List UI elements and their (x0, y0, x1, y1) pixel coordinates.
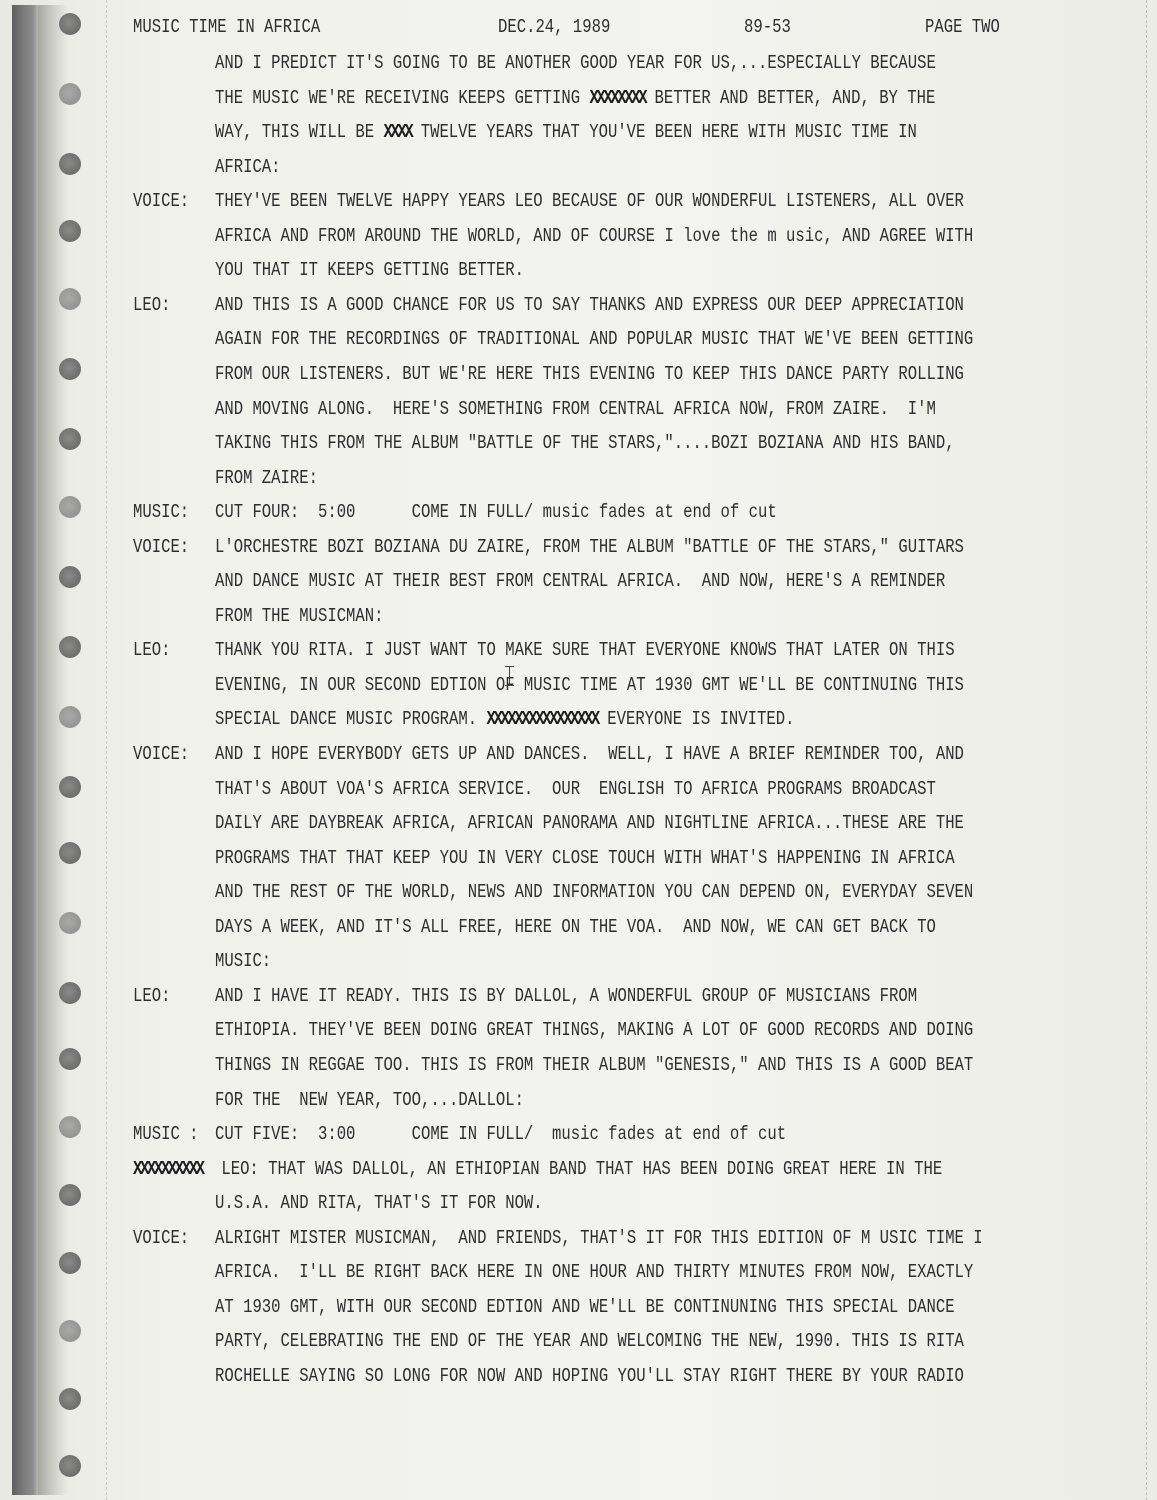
feed-hole (59, 566, 81, 588)
feed-hole (59, 358, 81, 380)
script-line: FOR THE NEW YEAR, TOO,...DALLOL: (215, 1089, 524, 1111)
script-line: CUT FOUR: 5:00 COME IN FULL/ music fades… (215, 501, 777, 523)
script-line: CUT FIVE: 3:00 COME IN FULL/ music fades… (215, 1123, 786, 1145)
speaker-label: LEO: (133, 985, 170, 1007)
feed-hole (59, 636, 81, 658)
feed-hole (59, 83, 81, 105)
script-line: AND I PREDICT IT'S GOING TO BE ANOTHER G… (215, 52, 936, 74)
speaker-label: LEO: (133, 639, 170, 661)
feed-hole (59, 153, 81, 175)
script-line: FROM OUR LISTENERS. BUT WE'RE HERE THIS … (215, 363, 964, 385)
feed-hole (59, 1116, 81, 1138)
script-line: SPECIAL DANCE MUSIC PROGRAM. XXXXXXXXXXX… (215, 708, 794, 730)
script-line: FROM ZAIRE: (215, 467, 318, 489)
speaker-label: MUSIC: (133, 501, 189, 523)
script-line: AGAIN FOR THE RECORDINGS OF TRADITIONAL … (215, 328, 973, 350)
script-line: MUSIC: (215, 950, 271, 972)
struck-out-text: XXXX (384, 121, 412, 143)
script-line: PROGRAMS THAT THAT KEEP YOU IN VERY CLOS… (215, 847, 955, 869)
struck-out-text: XXXXXXXXXXXXXXXX (486, 708, 597, 730)
script-line: THANK YOU RITA. I JUST WANT TO MAKE SURE… (215, 639, 955, 661)
feed-hole (59, 220, 81, 242)
script-line: DAILY ARE DAYBREAK AFRICA, AFRICAN PANOR… (215, 812, 964, 834)
script-line: THAT'S ABOUT VOA'S AFRICA SERVICE. OUR E… (215, 778, 936, 800)
feed-hole (59, 706, 81, 728)
feed-hole (59, 776, 81, 798)
script-line: YOU THAT IT KEEPS GETTING BETTER. (215, 259, 524, 281)
feed-hole (59, 1252, 81, 1274)
struck-out-text: XXXXXXXXXX (133, 1158, 203, 1180)
feed-hole (59, 428, 81, 450)
feed-hole (59, 912, 81, 934)
feed-hole (59, 13, 81, 35)
speaker-label: LEO: (133, 294, 170, 316)
script-line: AND I HAVE IT READY. THIS IS BY DALLOL, … (215, 985, 917, 1007)
text-cursor-icon (509, 666, 510, 686)
script-line: FROM THE MUSICMAN: (215, 605, 384, 627)
feed-hole (59, 1048, 81, 1070)
script-line: THE MUSIC WE'RE RECEIVING KEEPS GETTING … (215, 87, 935, 109)
typewritten-page: MUSIC TIME IN AFRICA DEC.24, 1989 89-53 … (0, 0, 1157, 1500)
feed-hole (59, 288, 81, 310)
script-line: AND THIS IS A GOOD CHANCE FOR US TO SAY … (215, 294, 964, 316)
script-line: THINGS IN REGGAE TOO. THIS IS FROM THEIR… (215, 1054, 973, 1076)
script-line: AND DANCE MUSIC AT THEIR BEST FROM CENTR… (215, 570, 945, 592)
feed-hole (59, 982, 81, 1004)
speaker-label: VOICE: (133, 190, 189, 212)
header-date: DEC.24, 1989 (498, 16, 610, 38)
script-line: AND THE REST OF THE WORLD, NEWS AND INFO… (215, 881, 973, 903)
script-line: ROCHELLE SAYING SO LONG FOR NOW AND HOPI… (215, 1365, 964, 1387)
feed-hole (59, 1320, 81, 1342)
speaker-label: MUSIC : (133, 1123, 199, 1145)
script-line: AT 1930 GMT, WITH OUR SECOND EDTION AND … (215, 1296, 955, 1318)
header-program: MUSIC TIME IN AFRICA (133, 16, 320, 38)
struck-out-text: XXXXXXXX (589, 87, 645, 109)
script-line: WAY, THIS WILL BE XXXX TWELVE YEARS THAT… (215, 121, 917, 143)
script-line: DAYS A WEEK, AND IT'S ALL FREE, HERE ON … (215, 916, 936, 938)
script-line: AFRICA: (215, 156, 281, 178)
speaker-label: VOICE: (133, 743, 189, 765)
header-number: 89-53 (744, 16, 791, 38)
feed-hole (59, 842, 81, 864)
scanner-edge-shadow (12, 5, 38, 1495)
script-line: THEY'VE BEEN TWELVE HAPPY YEARS LEO BECA… (215, 190, 964, 212)
script-line: AFRICA AND FROM AROUND THE WORLD, AND OF… (215, 225, 973, 247)
header-page: PAGE TWO (925, 16, 1000, 38)
right-margin-fold (1146, 0, 1147, 1500)
feed-hole (59, 1455, 81, 1477)
feed-hole (59, 1388, 81, 1410)
feed-hole (59, 1184, 81, 1206)
script-line: AFRICA. I'LL BE RIGHT BACK HERE IN ONE H… (215, 1261, 973, 1283)
script-line: U.S.A. AND RITA, THAT'S IT FOR NOW. (215, 1192, 543, 1214)
script-line: AND MOVING ALONG. HERE'S SOMETHING FROM … (215, 398, 936, 420)
speaker-label: VOICE: (133, 536, 189, 558)
script-line: XXXXXXXXXX LEO: THAT WAS DALLOL, AN ETHI… (133, 1158, 942, 1180)
script-line: ETHIOPIA. THEY'VE BEEN DOING GREAT THING… (215, 1019, 973, 1041)
script-line: TAKING THIS FROM THE ALBUM "BATTLE OF TH… (215, 432, 955, 454)
perforation-line (106, 0, 107, 1500)
script-line: L'ORCHESTRE BOZI BOZIANA DU ZAIRE, FROM … (215, 536, 964, 558)
script-line: ALRIGHT MISTER MUSICMAN, AND FRIENDS, TH… (215, 1227, 983, 1249)
script-line: EVENING, IN OUR SECOND EDTION OF MUSIC T… (215, 674, 964, 696)
feed-hole (59, 496, 81, 518)
speaker-label: VOICE: (133, 1227, 189, 1249)
script-line: AND I HOPE EVERYBODY GETS UP AND DANCES.… (215, 743, 964, 765)
script-line: PARTY, CELEBRATING THE END OF THE YEAR A… (215, 1330, 964, 1352)
